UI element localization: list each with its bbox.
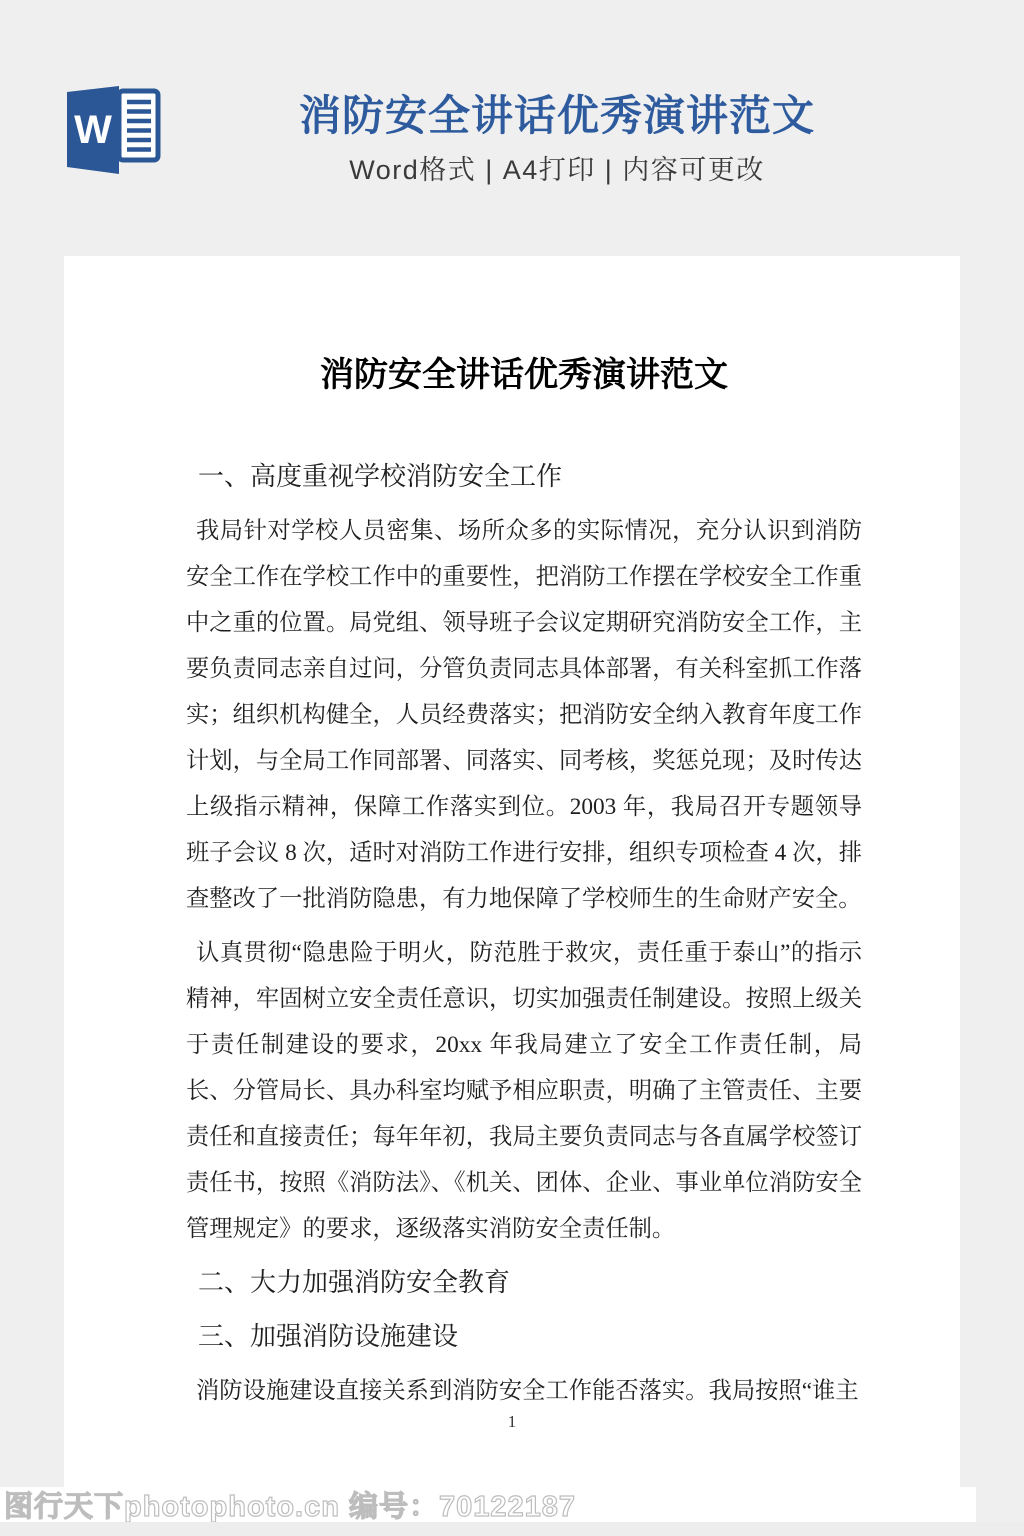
word-icon: W: [63, 83, 183, 179]
page-number: 1: [64, 1412, 960, 1432]
watermark-bar: 图行天下photophoto.cn 编号：70122187: [0, 1487, 976, 1522]
document-paragraph: 认真贯彻“隐患险于明火，防范胜于救灾，责任重于泰山”的指示精神，牢固树立安全责任…: [186, 930, 862, 1252]
template-header: W 消防安全讲话优秀演讲范文 Word格式 | A4打印 | 内容可更改: [0, 0, 1024, 256]
bottom-strip: [0, 1522, 1024, 1536]
document-heading: 二、大力加强消防安全教育: [186, 1260, 862, 1306]
page-background: W 消防安全讲话优秀演讲范文 Word格式 | A4打印 | 内容可更改 消防安…: [0, 0, 1024, 1536]
document-title: 消防安全讲话优秀演讲范文: [186, 356, 862, 396]
template-title: 消防安全讲话优秀演讲范文: [200, 90, 914, 142]
header-text-block: 消防安全讲话优秀演讲范文 Word格式 | A4打印 | 内容可更改: [200, 90, 914, 186]
word-icon-letter: W: [74, 108, 112, 152]
document-heading: 一、高度重视学校消防安全工作: [186, 454, 862, 500]
document-paragraph: 我局针对学校人员密集、场所众多的实际情况，充分认识到消防安全工作在学校工作中的重…: [186, 508, 862, 922]
watermark-text: 图行天下photophoto.cn 编号：70122187: [0, 1484, 576, 1525]
document-body: 一、高度重视学校消防安全工作我局针对学校人员密集、场所众多的实际情况，充分认识到…: [186, 454, 862, 1414]
template-subtitle: Word格式 | A4打印 | 内容可更改: [200, 154, 914, 186]
document-paragraph: 消防设施建设直接关系到消防安全工作能否落实。我局按照“谁主: [186, 1368, 862, 1414]
document-heading: 三、加强消防设施建设: [186, 1314, 862, 1360]
document-page: 消防安全讲话优秀演讲范文 一、高度重视学校消防安全工作我局针对学校人员密集、场所…: [64, 256, 960, 1490]
